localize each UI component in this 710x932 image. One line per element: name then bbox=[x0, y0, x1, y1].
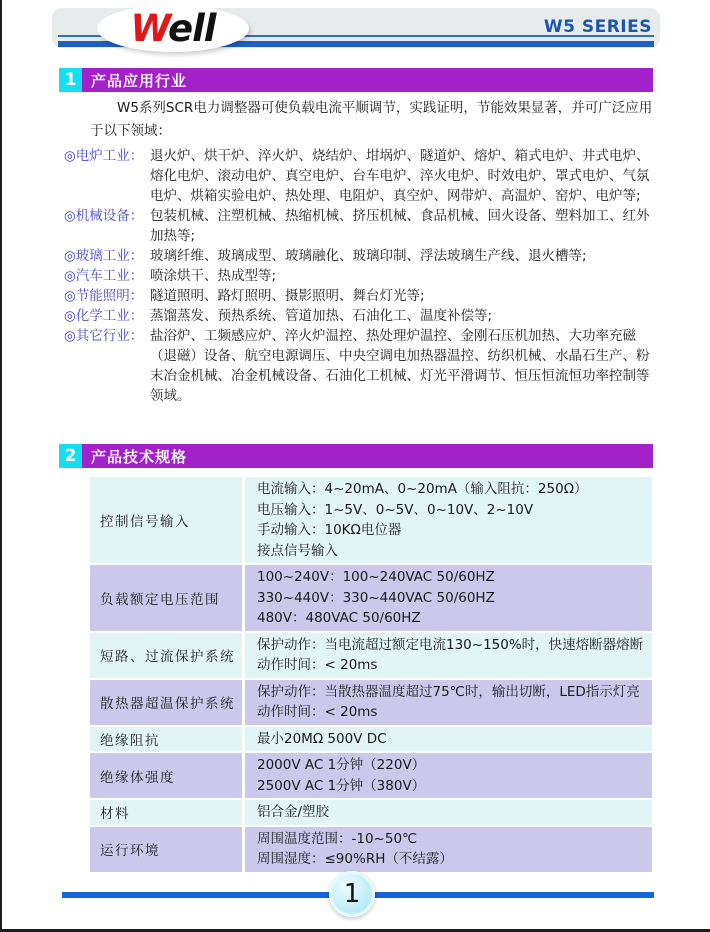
spec-value: 2000V AC 1分钟（220V） 2500V AC 1分钟（380V） bbox=[245, 753, 652, 798]
industry-list: ◎电炉工业：退火炉、烘干炉、淬火炉、烧结炉、坩埚炉、隧道炉、熔炉、箱式电炉、井式… bbox=[64, 146, 654, 406]
table-row-control-signal-input: 控制信号输入 电流输入：4~20mA、0~20mA（输入阻抗：250Ω） 电压输… bbox=[90, 477, 652, 563]
page-number-badge: 1 bbox=[329, 871, 375, 917]
industry-content: 盐浴炉、工频感应炉、淬火炉温控、热处理炉温控、金刚石压机加热、大功率充磁（退磁）… bbox=[150, 328, 650, 404]
section-1-bar: 1 产品应用行业 bbox=[59, 68, 653, 92]
industry-label: ◎玻璃工业： bbox=[64, 246, 143, 266]
table-row-material: 材料 铝合金/塑胶 bbox=[90, 800, 652, 825]
spec-table: 控制信号输入 电流输入：4~20mA、0~20mA（输入阻抗：250Ω） 电压输… bbox=[90, 477, 652, 874]
spec-line: 周围温度范围：-10~50℃ bbox=[257, 829, 646, 850]
spec-value: 保护动作：当电流超过额定电流130~150%时，快速熔断器熔断 动作时间：< 2… bbox=[245, 633, 652, 678]
spec-line: 周围湿度：≤90%RH（不结露） bbox=[257, 849, 646, 870]
industry-item-chemical: ◎化学工业：蒸馏蒸发、预热系统、管道加热、石油化工、温度补偿等; bbox=[64, 306, 654, 326]
section-2-title: 产品技术规格 bbox=[82, 444, 653, 468]
industry-content: 喷涂烘干、热成型等; bbox=[150, 268, 276, 284]
brand-logo: Well bbox=[97, 5, 249, 52]
industry-item-lighting: ◎节能照明：隧道照明、路灯照明、摄影照明、舞台灯光等; bbox=[64, 286, 654, 306]
spec-line: 保护动作：当散热器温度超过75℃时，输出切断，LED指示灯亮 bbox=[257, 682, 646, 703]
industry-item-electric-furnace: ◎电炉工业：退火炉、烘干炉、淬火炉、烧结炉、坩埚炉、隧道炉、熔炉、箱式电炉、井式… bbox=[64, 146, 654, 206]
spec-line: 电压输入：1~5V、0~5V、0~10V、2~10V bbox=[257, 500, 646, 521]
industry-label: ◎化学工业： bbox=[64, 306, 143, 326]
spec-line: 最小20MΩ 500V DC bbox=[257, 729, 646, 750]
brand-logo-text: Well bbox=[131, 10, 216, 47]
spec-value: 最小20MΩ 500V DC bbox=[245, 727, 652, 752]
spec-value: 100~240V：100~240VAC 50/60HZ 330~440V：330… bbox=[245, 565, 652, 631]
industry-label: ◎汽车工业： bbox=[64, 266, 143, 286]
industry-item-automotive: ◎汽车工业：喷涂烘干、热成型等; bbox=[64, 266, 654, 286]
page-number: 1 bbox=[344, 879, 361, 909]
table-row-rated-load-voltage: 负载额定电压范围 100~240V：100~240VAC 50/60HZ 330… bbox=[90, 565, 652, 631]
spec-line: 动作时间：< 20ms bbox=[257, 655, 646, 676]
section-1-number: 1 bbox=[59, 68, 82, 92]
section-1-title: 产品应用行业 bbox=[82, 68, 653, 92]
industry-item-other: ◎其它行业：盐浴炉、工频感应炉、淬火炉温控、热处理炉温控、金刚石压机加热、大功率… bbox=[64, 326, 654, 406]
spec-label: 短路、过流保护系统 bbox=[90, 633, 242, 678]
spec-label: 运行环境 bbox=[90, 827, 242, 872]
industry-content: 蒸馏蒸发、预热系统、管道加热、石油化工、温度补偿等; bbox=[150, 308, 492, 324]
industry-label: ◎其它行业： bbox=[64, 326, 143, 346]
industry-item-machinery: ◎机械设备：包装机械、注塑机械、热缩机械、挤压机械、食品机械、回火设备、塑料加工… bbox=[64, 206, 654, 246]
spec-line: 铝合金/塑胶 bbox=[257, 802, 646, 823]
table-row-operating-environment: 运行环境 周围温度范围：-10~50℃ 周围湿度：≤90%RH（不结露） bbox=[90, 827, 652, 872]
section-2-bar: 2 产品技术规格 bbox=[59, 444, 653, 468]
industry-content: 玻璃纤维、玻璃成型、玻璃融化、玻璃印制、浮法玻璃生产线、退火槽等; bbox=[150, 248, 587, 264]
spec-value: 电流输入：4~20mA、0~20mA（输入阻抗：250Ω） 电压输入：1~5V、… bbox=[245, 477, 652, 563]
spec-line: 电流输入：4~20mA、0~20mA（输入阻抗：250Ω） bbox=[257, 479, 646, 500]
spec-line: 330~440V：330~440VAC 50/60HZ bbox=[257, 588, 646, 609]
spec-line: 接点信号输入 bbox=[257, 541, 646, 562]
spec-line: 100~240V：100~240VAC 50/60HZ bbox=[257, 567, 646, 588]
series-title: W5 SERIES bbox=[544, 17, 652, 37]
spec-label: 散热器超温保护系统 bbox=[90, 680, 242, 725]
table-row-dielectric-strength: 绝缘体强度 2000V AC 1分钟（220V） 2500V AC 1分钟（38… bbox=[90, 753, 652, 798]
logo-letters-ell: ell bbox=[168, 7, 215, 50]
table-row-overcurrent-protection: 短路、过流保护系统 保护动作：当电流超过额定电流130~150%时，快速熔断器熔… bbox=[90, 633, 652, 678]
spec-label: 负载额定电压范围 bbox=[90, 565, 242, 631]
spec-label: 绝缘阻抗 bbox=[90, 727, 242, 752]
spec-line: 2500V AC 1分钟（380V） bbox=[257, 776, 646, 797]
section-2-number: 2 bbox=[59, 444, 82, 468]
industry-label: ◎节能照明： bbox=[64, 286, 143, 306]
table-row-heatsink-overtemp-protection: 散热器超温保护系统 保护动作：当散热器温度超过75℃时，输出切断，LED指示灯亮… bbox=[90, 680, 652, 725]
industry-label: ◎电炉工业： bbox=[64, 146, 143, 166]
spec-value: 保护动作：当散热器温度超过75℃时，输出切断，LED指示灯亮 动作时间：< 20… bbox=[245, 680, 652, 725]
spec-value: 周围温度范围：-10~50℃ 周围湿度：≤90%RH（不结露） bbox=[245, 827, 652, 872]
spec-label: 控制信号输入 bbox=[90, 477, 242, 563]
spec-label: 绝缘体强度 bbox=[90, 753, 242, 798]
spec-line: 手动输入：10KΩ电位器 bbox=[257, 520, 646, 541]
table-row-insulation-resistance: 绝缘阻抗 最小20MΩ 500V DC bbox=[90, 727, 652, 752]
datasheet-page: Well W5 SERIES 1 产品应用行业 W5系列SCR电力调整器可使负载… bbox=[0, 0, 710, 932]
intro-paragraph: W5系列SCR电力调整器可使负载电流平顺调节，实践证明，节能效果显著，并可广泛应… bbox=[90, 97, 654, 143]
industry-content: 包装机械、注塑机械、热缩机械、挤压机械、食品机械、回火设备、塑料加工、红外加热等… bbox=[150, 208, 650, 244]
spec-line: 2000V AC 1分钟（220V） bbox=[257, 755, 646, 776]
industry-label: ◎机械设备： bbox=[64, 206, 143, 226]
logo-letter-w: W bbox=[131, 7, 168, 50]
spec-line: 480V：480VAC 50/60HZ bbox=[257, 608, 646, 629]
industry-content: 隧道照明、路灯照明、摄影照明、舞台灯光等; bbox=[150, 288, 425, 304]
spec-line: 动作时间：< 20ms bbox=[257, 702, 646, 723]
industry-item-glass: ◎玻璃工业：玻璃纤维、玻璃成型、玻璃融化、玻璃印制、浮法玻璃生产线、退火槽等; bbox=[64, 246, 654, 266]
spec-label: 材料 bbox=[90, 800, 242, 825]
industry-content: 退火炉、烘干炉、淬火炉、烧结炉、坩埚炉、隧道炉、熔炉、箱式电炉、井式电炉、熔化电… bbox=[150, 148, 650, 204]
spec-line: 保护动作：当电流超过额定电流130~150%时，快速熔断器熔断 bbox=[257, 635, 646, 656]
spec-value: 铝合金/塑胶 bbox=[245, 800, 652, 825]
